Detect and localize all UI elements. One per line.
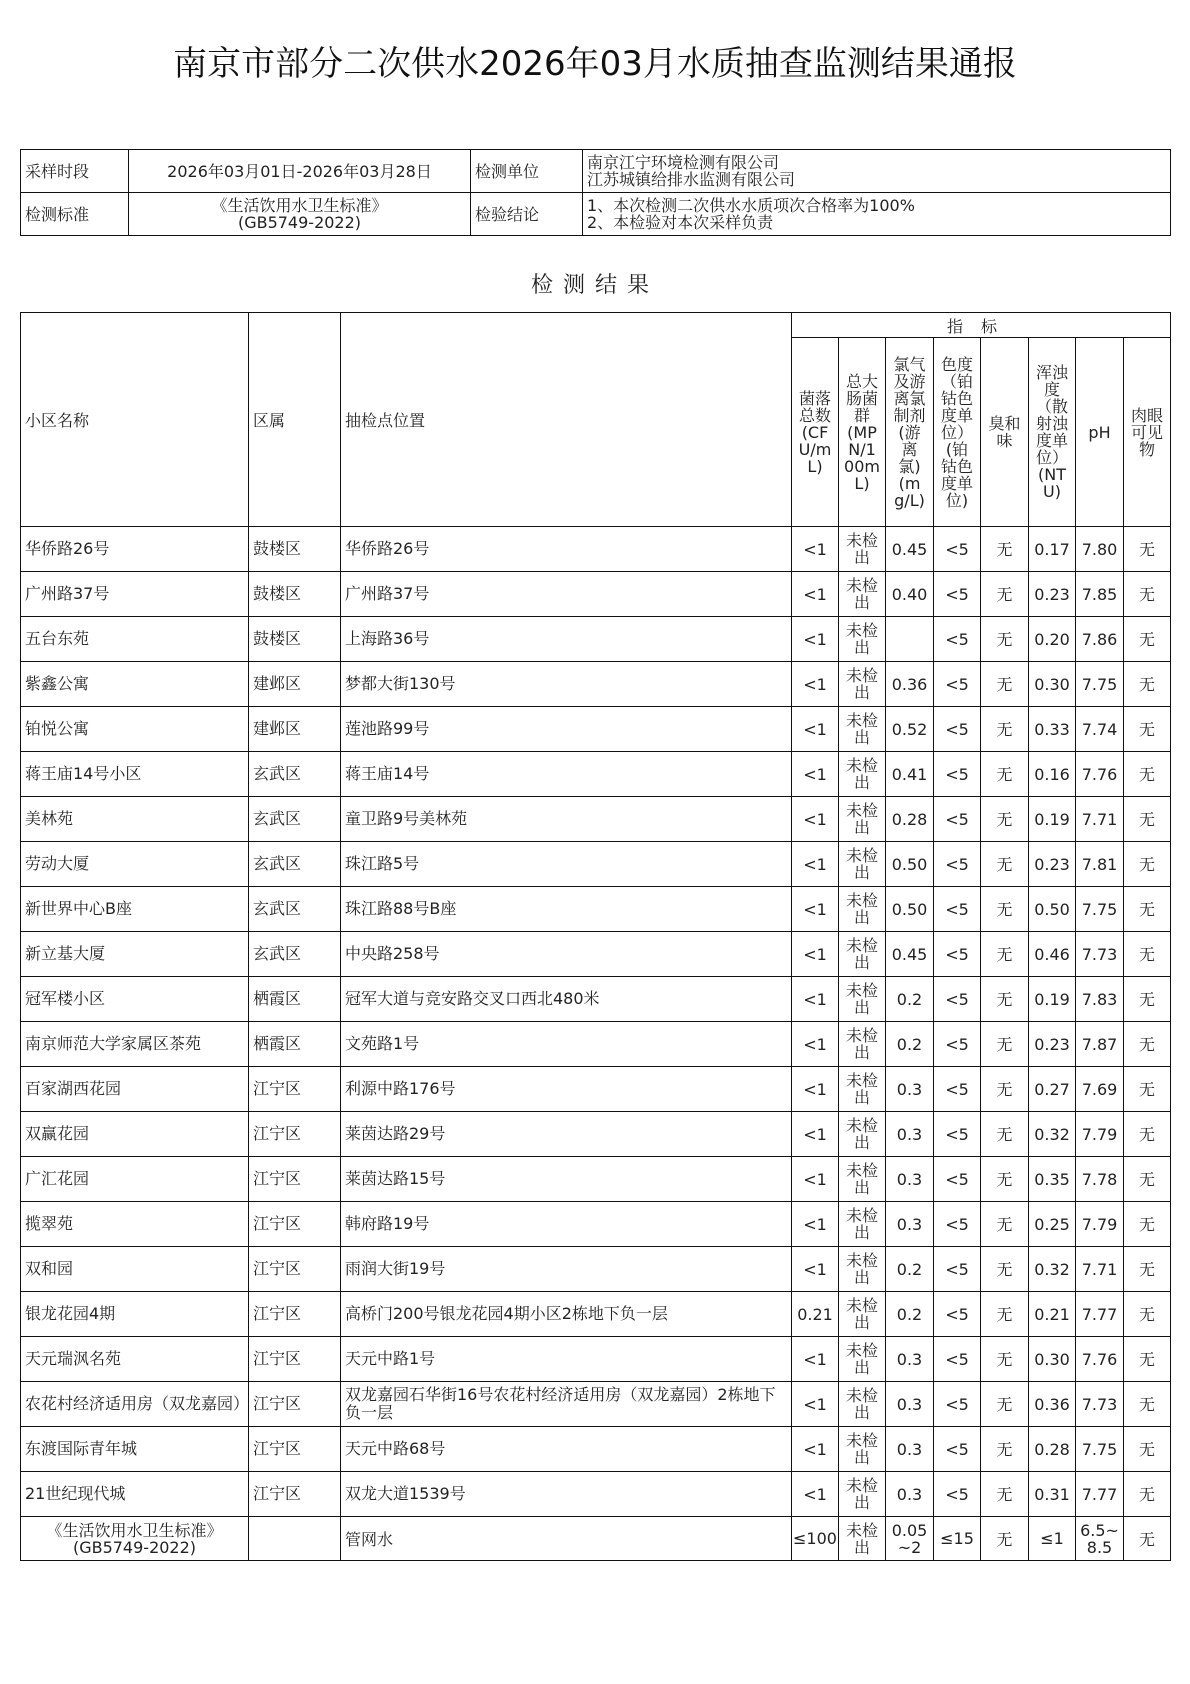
cell-total-coliform: 未检出 xyxy=(839,1382,886,1427)
cell-district: 江宁区 xyxy=(249,1472,341,1517)
cell-district: 鼓楼区 xyxy=(249,617,341,662)
header-odor: 臭和味 xyxy=(981,338,1029,527)
cell-color: <5 xyxy=(934,707,981,752)
cell-visible-matter: 无 xyxy=(1124,1157,1171,1202)
cell-colony-count: <1 xyxy=(792,1157,839,1202)
cell-total-coliform: 未检出 xyxy=(839,887,886,932)
cell-community-name: 五台东苑 xyxy=(21,617,249,662)
cell-visible-matter: 无 xyxy=(1124,1337,1171,1382)
standard-chlorine: 0.05~2 xyxy=(886,1517,934,1561)
cell-ph: 7.71 xyxy=(1076,1247,1124,1292)
cell-district: 江宁区 xyxy=(249,1337,341,1382)
cell-sampling-location: 蒋王庙14号 xyxy=(341,752,792,797)
cell-turbidity: 0.35 xyxy=(1029,1157,1076,1202)
cell-total-coliform: 未检出 xyxy=(839,1067,886,1112)
cell-color: <5 xyxy=(934,1202,981,1247)
cell-odor: 无 xyxy=(981,797,1029,842)
cell-community-name: 银龙花园4期 xyxy=(21,1292,249,1337)
cell-odor: 无 xyxy=(981,977,1029,1022)
table-row: 南京师范大学家属区茶苑栖霞区文苑路1号<1未检出0.2<5无0.237.87无 xyxy=(21,1022,1171,1067)
cell-free-chlorine: 0.2 xyxy=(886,1022,934,1067)
cell-sampling-location: 天元中路1号 xyxy=(341,1337,792,1382)
header-colony-count: 菌落总数(CFU/mL) xyxy=(792,338,839,527)
cell-district: 玄武区 xyxy=(249,752,341,797)
cell-free-chlorine: 0.3 xyxy=(886,1382,934,1427)
cell-visible-matter: 无 xyxy=(1124,1427,1171,1472)
table-row: 百家湖西花园江宁区利源中路176号<1未检出0.3<5无0.277.69无 xyxy=(21,1067,1171,1112)
cell-visible-matter: 无 xyxy=(1124,617,1171,662)
cell-colony-count: <1 xyxy=(792,752,839,797)
cell-total-coliform: 未检出 xyxy=(839,1202,886,1247)
cell-sampling-location: 华侨路26号 xyxy=(341,527,792,572)
cell-free-chlorine: 0.45 xyxy=(886,932,934,977)
cell-turbidity: 0.21 xyxy=(1029,1292,1076,1337)
cell-odor: 无 xyxy=(981,1337,1029,1382)
cell-district: 鼓楼区 xyxy=(249,527,341,572)
cell-sampling-location: 广州路37号 xyxy=(341,572,792,617)
cell-color: <5 xyxy=(934,617,981,662)
cell-odor: 无 xyxy=(981,1382,1029,1427)
cell-color: <5 xyxy=(934,1157,981,1202)
table-row: 银龙花园4期江宁区高桥门200号银龙花园4期小区2栋地下负一层0.21未检出0.… xyxy=(21,1292,1171,1337)
cell-ph: 7.86 xyxy=(1076,617,1124,662)
table-row: 紫鑫公寓建邺区梦都大街130号<1未检出0.36<5无0.307.75无 xyxy=(21,662,1171,707)
cell-district: 江宁区 xyxy=(249,1427,341,1472)
cell-district: 栖霞区 xyxy=(249,977,341,1022)
cell-total-coliform: 未检出 xyxy=(839,527,886,572)
cell-odor: 无 xyxy=(981,572,1029,617)
cell-ph: 7.75 xyxy=(1076,1427,1124,1472)
cell-colony-count: <1 xyxy=(792,662,839,707)
cell-color: <5 xyxy=(934,1292,981,1337)
cell-free-chlorine: 0.3 xyxy=(886,1067,934,1112)
cell-turbidity: 0.17 xyxy=(1029,527,1076,572)
cell-ph: 7.75 xyxy=(1076,887,1124,932)
cell-district: 栖霞区 xyxy=(249,1022,341,1067)
cell-free-chlorine: 0.3 xyxy=(886,1202,934,1247)
cell-district: 玄武区 xyxy=(249,797,341,842)
cell-visible-matter: 无 xyxy=(1124,1472,1171,1517)
results-title: 检测结果 xyxy=(0,268,1190,299)
cell-sampling-location: 高桥门200号银龙花园4期小区2栋地下负一层 xyxy=(341,1292,792,1337)
cell-odor: 无 xyxy=(981,887,1029,932)
cell-free-chlorine: 0.36 xyxy=(886,662,934,707)
cell-sampling-location: 韩府路19号 xyxy=(341,1202,792,1247)
cell-community-name: 农花村经济适用房（双龙嘉园） xyxy=(21,1382,249,1427)
cell-visible-matter: 无 xyxy=(1124,977,1171,1022)
cell-colony-count: <1 xyxy=(792,1247,839,1292)
table-row: 东渡国际青年城江宁区天元中路68号<1未检出0.3<5无0.287.75无 xyxy=(21,1427,1171,1472)
sampling-period-value: 2026年03月01日-2026年03月28日 xyxy=(129,150,471,193)
header-free-chlorine: 氯气及游离氯制剂(游离氯)(mg/L) xyxy=(886,338,934,527)
cell-free-chlorine: 0.28 xyxy=(886,797,934,842)
table-row: 铂悦公寓建邺区莲池路99号<1未检出0.52<5无0.337.74无 xyxy=(21,707,1171,752)
cell-turbidity: 0.36 xyxy=(1029,1382,1076,1427)
cell-community-name: 广汇花园 xyxy=(21,1157,249,1202)
standard-value: 《生活饮用水卫生标准》 (GB5749-2022) xyxy=(129,193,471,236)
cell-total-coliform: 未检出 xyxy=(839,1157,886,1202)
cell-total-coliform: 未检出 xyxy=(839,707,886,752)
table-row: 五台东苑鼓楼区上海路36号<1未检出<5无0.207.86无 xyxy=(21,617,1171,662)
cell-visible-matter: 无 xyxy=(1124,887,1171,932)
cell-ph: 7.77 xyxy=(1076,1292,1124,1337)
cell-free-chlorine: 0.50 xyxy=(886,842,934,887)
cell-free-chlorine: 0.3 xyxy=(886,1157,934,1202)
cell-odor: 无 xyxy=(981,527,1029,572)
cell-total-coliform: 未检出 xyxy=(839,1472,886,1517)
cell-total-coliform: 未检出 xyxy=(839,1292,886,1337)
cell-community-name: 广州路37号 xyxy=(21,572,249,617)
standard-line2: (GB5749-2022) xyxy=(133,214,466,231)
header-district: 区属 xyxy=(249,313,341,527)
cell-color: <5 xyxy=(934,1382,981,1427)
cell-free-chlorine: 0.52 xyxy=(886,707,934,752)
cell-visible-matter: 无 xyxy=(1124,572,1171,617)
header-visible-matter: 肉眼可见物 xyxy=(1124,338,1171,527)
cell-free-chlorine: 0.3 xyxy=(886,1472,934,1517)
cell-total-coliform: 未检出 xyxy=(839,977,886,1022)
cell-odor: 无 xyxy=(981,1202,1029,1247)
cell-community-name: 劳动大厦 xyxy=(21,842,249,887)
cell-odor: 无 xyxy=(981,1292,1029,1337)
cell-color: <5 xyxy=(934,977,981,1022)
cell-colony-count: <1 xyxy=(792,1112,839,1157)
standard-odor: 无 xyxy=(981,1517,1029,1561)
cell-turbidity: 0.23 xyxy=(1029,1022,1076,1067)
header-indicators-group: 指标 xyxy=(792,313,1171,338)
cell-visible-matter: 无 xyxy=(1124,707,1171,752)
table-row: 冠军楼小区栖霞区冠军大道与竞安路交叉口西北480米<1未检出0.2<5无0.19… xyxy=(21,977,1171,1022)
cell-sampling-location: 珠江路5号 xyxy=(341,842,792,887)
cell-district: 江宁区 xyxy=(249,1202,341,1247)
cell-sampling-location: 文苑路1号 xyxy=(341,1022,792,1067)
cell-total-coliform: 未检出 xyxy=(839,572,886,617)
cell-community-name: 铂悦公寓 xyxy=(21,707,249,752)
cell-color: <5 xyxy=(934,1067,981,1112)
cell-community-name: 南京师范大学家属区茶苑 xyxy=(21,1022,249,1067)
table-row: 劳动大厦玄武区珠江路5号<1未检出0.50<5无0.237.81无 xyxy=(21,842,1171,887)
cell-total-coliform: 未检出 xyxy=(839,932,886,977)
cell-ph: 7.76 xyxy=(1076,752,1124,797)
cell-visible-matter: 无 xyxy=(1124,1382,1171,1427)
cell-colony-count: <1 xyxy=(792,707,839,752)
cell-odor: 无 xyxy=(981,1427,1029,1472)
cell-district: 江宁区 xyxy=(249,1157,341,1202)
cell-visible-matter: 无 xyxy=(1124,1022,1171,1067)
cell-ph: 7.80 xyxy=(1076,527,1124,572)
cell-turbidity: 0.30 xyxy=(1029,1337,1076,1382)
cell-sampling-location: 童卫路9号美林苑 xyxy=(341,797,792,842)
standard-turbidity: ≤1 xyxy=(1029,1517,1076,1561)
cell-color: <5 xyxy=(934,887,981,932)
table-row: 蒋王庙14号小区玄武区蒋王庙14号<1未检出0.41<5无0.167.76无 xyxy=(21,752,1171,797)
cell-total-coliform: 未检出 xyxy=(839,1112,886,1157)
standard-row: 《生活饮用水卫生标准》 (GB5749-2022) 管网水 ≤100 未检出 0… xyxy=(21,1517,1171,1561)
cell-community-name: 21世纪现代城 xyxy=(21,1472,249,1517)
cell-colony-count: <1 xyxy=(792,572,839,617)
cell-sampling-location: 莱茵达路29号 xyxy=(341,1112,792,1157)
cell-total-coliform: 未检出 xyxy=(839,662,886,707)
cell-free-chlorine: 0.50 xyxy=(886,887,934,932)
cell-colony-count: <1 xyxy=(792,527,839,572)
cell-free-chlorine: 0.3 xyxy=(886,1112,934,1157)
results-table: 小区名称 区属 抽检点位置 指标 菌落总数(CFU/mL) 总大肠菌群(MPN/… xyxy=(20,312,1171,1561)
testing-unit-line2: 江苏城镇给排水监测有限公司 xyxy=(587,171,1166,188)
cell-turbidity: 0.25 xyxy=(1029,1202,1076,1247)
header-total-coliform: 总大肠菌群(MPN/100mL) xyxy=(839,338,886,527)
cell-sampling-location: 上海路36号 xyxy=(341,617,792,662)
cell-turbidity: 0.19 xyxy=(1029,797,1076,842)
cell-sampling-location: 双龙嘉园石华街16号农花村经济适用房（双龙嘉园）2栋地下负一层 xyxy=(341,1382,792,1427)
cell-free-chlorine: 0.2 xyxy=(886,1292,934,1337)
cell-visible-matter: 无 xyxy=(1124,662,1171,707)
table-row: 双和园江宁区雨润大街19号<1未检出0.2<5无0.327.71无 xyxy=(21,1247,1171,1292)
cell-free-chlorine: 0.45 xyxy=(886,527,934,572)
cell-sampling-location: 双龙大道1539号 xyxy=(341,1472,792,1517)
standard-coliform: 未检出 xyxy=(839,1517,886,1561)
cell-community-name: 蒋王庙14号小区 xyxy=(21,752,249,797)
cell-district: 玄武区 xyxy=(249,932,341,977)
cell-odor: 无 xyxy=(981,932,1029,977)
cell-turbidity: 0.50 xyxy=(1029,887,1076,932)
cell-color: <5 xyxy=(934,752,981,797)
cell-ph: 7.78 xyxy=(1076,1157,1124,1202)
cell-color: <5 xyxy=(934,842,981,887)
cell-district: 玄武区 xyxy=(249,887,341,932)
cell-free-chlorine: 0.40 xyxy=(886,572,934,617)
cell-ph: 7.74 xyxy=(1076,707,1124,752)
cell-visible-matter: 无 xyxy=(1124,1202,1171,1247)
cell-community-name: 东渡国际青年城 xyxy=(21,1427,249,1472)
cell-turbidity: 0.30 xyxy=(1029,662,1076,707)
cell-turbidity: 0.27 xyxy=(1029,1067,1076,1112)
cell-odor: 无 xyxy=(981,1157,1029,1202)
cell-colony-count: <1 xyxy=(792,1067,839,1112)
cell-turbidity: 0.19 xyxy=(1029,977,1076,1022)
cell-ph: 7.73 xyxy=(1076,932,1124,977)
cell-colony-count: <1 xyxy=(792,1202,839,1247)
cell-total-coliform: 未检出 xyxy=(839,617,886,662)
conclusion-value: 1、本次检测二次供水水质项次合格率为100% 2、本检验对本次采样负责 xyxy=(583,193,1171,236)
cell-community-name: 双赢花园 xyxy=(21,1112,249,1157)
cell-district: 鼓楼区 xyxy=(249,572,341,617)
cell-ph: 7.87 xyxy=(1076,1022,1124,1067)
info-row-standard: 检测标准 《生活饮用水卫生标准》 (GB5749-2022) 检验结论 1、本次… xyxy=(21,193,1171,236)
cell-sampling-location: 莲池路99号 xyxy=(341,707,792,752)
standard-line1: 《生活饮用水卫生标准》 xyxy=(133,197,466,214)
cell-turbidity: 0.32 xyxy=(1029,1112,1076,1157)
cell-turbidity: 0.20 xyxy=(1029,617,1076,662)
cell-turbidity: 0.31 xyxy=(1029,1472,1076,1517)
cell-color: <5 xyxy=(934,1022,981,1067)
cell-color: <5 xyxy=(934,572,981,617)
cell-odor: 无 xyxy=(981,1022,1029,1067)
cell-sampling-location: 梦都大街130号 xyxy=(341,662,792,707)
cell-ph: 7.73 xyxy=(1076,1382,1124,1427)
cell-odor: 无 xyxy=(981,842,1029,887)
header-color: 色度（铂钴色度单位）(铂钴色度单位) xyxy=(934,338,981,527)
cell-odor: 无 xyxy=(981,1472,1029,1517)
conclusion-line2: 2、本检验对本次采样负责 xyxy=(587,214,1166,231)
cell-free-chlorine: 0.41 xyxy=(886,752,934,797)
cell-community-name: 紫鑫公寓 xyxy=(21,662,249,707)
cell-visible-matter: 无 xyxy=(1124,1067,1171,1112)
cell-total-coliform: 未检出 xyxy=(839,1247,886,1292)
cell-ph: 7.79 xyxy=(1076,1112,1124,1157)
cell-turbidity: 0.46 xyxy=(1029,932,1076,977)
cell-turbidity: 0.28 xyxy=(1029,1427,1076,1472)
header-community: 小区名称 xyxy=(21,313,249,527)
table-row: 新世界中心B座玄武区珠江路88号B座<1未检出0.50<5无0.507.75无 xyxy=(21,887,1171,932)
standard-label: 检测标准 xyxy=(21,193,129,236)
table-row: 广州路37号鼓楼区广州路37号<1未检出0.40<5无0.237.85无 xyxy=(21,572,1171,617)
cell-ph: 7.83 xyxy=(1076,977,1124,1022)
cell-turbidity: 0.32 xyxy=(1029,1247,1076,1292)
cell-community-name: 华侨路26号 xyxy=(21,527,249,572)
cell-community-name: 美林苑 xyxy=(21,797,249,842)
results-body: 华侨路26号鼓楼区华侨路26号<1未检出0.45<5无0.177.80无广州路3… xyxy=(21,527,1171,1517)
cell-ph: 7.69 xyxy=(1076,1067,1124,1112)
cell-ph: 7.76 xyxy=(1076,1337,1124,1382)
table-row: 天元瑞沨名苑江宁区天元中路1号<1未检出0.3<5无0.307.76无 xyxy=(21,1337,1171,1382)
cell-turbidity: 0.23 xyxy=(1029,842,1076,887)
cell-colony-count: <1 xyxy=(792,1472,839,1517)
cell-community-name: 揽翠苑 xyxy=(21,1202,249,1247)
cell-odor: 无 xyxy=(981,1067,1029,1112)
info-row-sampling: 采样时段 2026年03月01日-2026年03月28日 检测单位 南京江宁环境… xyxy=(21,150,1171,193)
cell-ph: 7.85 xyxy=(1076,572,1124,617)
cell-colony-count: <1 xyxy=(792,797,839,842)
header-ph: pH xyxy=(1076,338,1124,527)
cell-district: 江宁区 xyxy=(249,1382,341,1427)
cell-ph: 7.75 xyxy=(1076,662,1124,707)
cell-odor: 无 xyxy=(981,662,1029,707)
cell-color: <5 xyxy=(934,1337,981,1382)
table-row: 新立基大厦玄武区中央路258号<1未检出0.45<5无0.467.73无 xyxy=(21,932,1171,977)
cell-ph: 7.77 xyxy=(1076,1472,1124,1517)
standard-visible: 无 xyxy=(1124,1517,1171,1561)
cell-ph: 7.79 xyxy=(1076,1202,1124,1247)
cell-community-name: 天元瑞沨名苑 xyxy=(21,1337,249,1382)
cell-colony-count: <1 xyxy=(792,842,839,887)
cell-sampling-location: 冠军大道与竞安路交叉口西北480米 xyxy=(341,977,792,1022)
cell-ph: 7.81 xyxy=(1076,842,1124,887)
cell-colony-count: <1 xyxy=(792,977,839,1022)
cell-free-chlorine: 0.2 xyxy=(886,1247,934,1292)
cell-visible-matter: 无 xyxy=(1124,842,1171,887)
cell-color: <5 xyxy=(934,1112,981,1157)
cell-total-coliform: 未检出 xyxy=(839,1337,886,1382)
standard-color: ≤15 xyxy=(934,1517,981,1561)
cell-color: <5 xyxy=(934,932,981,977)
table-row: 揽翠苑江宁区韩府路19号<1未检出0.3<5无0.257.79无 xyxy=(21,1202,1171,1247)
cell-colony-count: 0.21 xyxy=(792,1292,839,1337)
sampling-period-label: 采样时段 xyxy=(21,150,129,193)
cell-sampling-location: 珠江路88号B座 xyxy=(341,887,792,932)
cell-free-chlorine: 0.3 xyxy=(886,1427,934,1472)
cell-colony-count: <1 xyxy=(792,932,839,977)
table-row: 21世纪现代城江宁区双龙大道1539号<1未检出0.3<5无0.317.77无 xyxy=(21,1472,1171,1517)
cell-sampling-location: 中央路258号 xyxy=(341,932,792,977)
table-row: 广汇花园江宁区莱茵达路15号<1未检出0.3<5无0.357.78无 xyxy=(21,1157,1171,1202)
cell-district: 江宁区 xyxy=(249,1247,341,1292)
cell-turbidity: 0.16 xyxy=(1029,752,1076,797)
cell-total-coliform: 未检出 xyxy=(839,842,886,887)
standard-colony: ≤100 xyxy=(792,1517,839,1561)
cell-visible-matter: 无 xyxy=(1124,527,1171,572)
cell-odor: 无 xyxy=(981,1112,1029,1157)
cell-odor: 无 xyxy=(981,752,1029,797)
cell-free-chlorine: 0.2 xyxy=(886,977,934,1022)
standard-name: 《生活饮用水卫生标准》 (GB5749-2022) xyxy=(21,1517,249,1561)
testing-unit-line1: 南京江宁环境检测有限公司 xyxy=(587,154,1166,171)
cell-colony-count: <1 xyxy=(792,887,839,932)
cell-community-name: 双和园 xyxy=(21,1247,249,1292)
cell-odor: 无 xyxy=(981,707,1029,752)
cell-visible-matter: 无 xyxy=(1124,752,1171,797)
cell-district: 建邺区 xyxy=(249,662,341,707)
cell-free-chlorine xyxy=(886,617,934,662)
cell-total-coliform: 未检出 xyxy=(839,752,886,797)
cell-colony-count: <1 xyxy=(792,1427,839,1472)
cell-colony-count: <1 xyxy=(792,617,839,662)
cell-community-name: 新世界中心B座 xyxy=(21,887,249,932)
cell-district: 建邺区 xyxy=(249,707,341,752)
cell-turbidity: 0.23 xyxy=(1029,572,1076,617)
cell-total-coliform: 未检出 xyxy=(839,1427,886,1472)
header-location: 抽检点位置 xyxy=(341,313,792,527)
table-row: 美林苑玄武区童卫路9号美林苑<1未检出0.28<5无0.197.71无 xyxy=(21,797,1171,842)
cell-color: <5 xyxy=(934,662,981,707)
cell-colony-count: <1 xyxy=(792,1382,839,1427)
cell-color: <5 xyxy=(934,1472,981,1517)
page-title: 南京市部分二次供水2026年03月水质抽查监测结果通报 xyxy=(0,36,1190,85)
standard-district xyxy=(249,1517,341,1561)
cell-color: <5 xyxy=(934,797,981,842)
cell-sampling-location: 雨润大街19号 xyxy=(341,1247,792,1292)
cell-turbidity: 0.33 xyxy=(1029,707,1076,752)
cell-sampling-location: 利源中路176号 xyxy=(341,1067,792,1112)
cell-district: 江宁区 xyxy=(249,1067,341,1112)
testing-unit-label: 检测单位 xyxy=(471,150,583,193)
cell-community-name: 新立基大厦 xyxy=(21,932,249,977)
header-row-group: 小区名称 区属 抽检点位置 指标 xyxy=(21,313,1171,338)
cell-total-coliform: 未检出 xyxy=(839,797,886,842)
cell-color: <5 xyxy=(934,1427,981,1472)
table-row: 农花村经济适用房（双龙嘉园）江宁区双龙嘉园石华街16号农花村经济适用房（双龙嘉园… xyxy=(21,1382,1171,1427)
cell-visible-matter: 无 xyxy=(1124,1247,1171,1292)
cell-visible-matter: 无 xyxy=(1124,1292,1171,1337)
cell-sampling-location: 莱茵达路15号 xyxy=(341,1157,792,1202)
header-turbidity: 浑浊度（散射浊度单位）(NTU) xyxy=(1029,338,1076,527)
cell-district: 江宁区 xyxy=(249,1112,341,1157)
cell-district: 江宁区 xyxy=(249,1292,341,1337)
cell-odor: 无 xyxy=(981,1247,1029,1292)
conclusion-label: 检验结论 xyxy=(471,193,583,236)
cell-color: <5 xyxy=(934,527,981,572)
standard-location: 管网水 xyxy=(341,1517,792,1561)
table-row: 华侨路26号鼓楼区华侨路26号<1未检出0.45<5无0.177.80无 xyxy=(21,527,1171,572)
cell-total-coliform: 未检出 xyxy=(839,1022,886,1067)
cell-sampling-location: 天元中路68号 xyxy=(341,1427,792,1472)
table-row: 双赢花园江宁区莱茵达路29号<1未检出0.3<5无0.327.79无 xyxy=(21,1112,1171,1157)
testing-unit-value: 南京江宁环境检测有限公司 江苏城镇给排水监测有限公司 xyxy=(583,150,1171,193)
info-table: 采样时段 2026年03月01日-2026年03月28日 检测单位 南京江宁环境… xyxy=(20,149,1171,236)
cell-free-chlorine: 0.3 xyxy=(886,1337,934,1382)
cell-visible-matter: 无 xyxy=(1124,797,1171,842)
standard-ph: 6.5~8.5 xyxy=(1076,1517,1124,1561)
cell-odor: 无 xyxy=(981,617,1029,662)
